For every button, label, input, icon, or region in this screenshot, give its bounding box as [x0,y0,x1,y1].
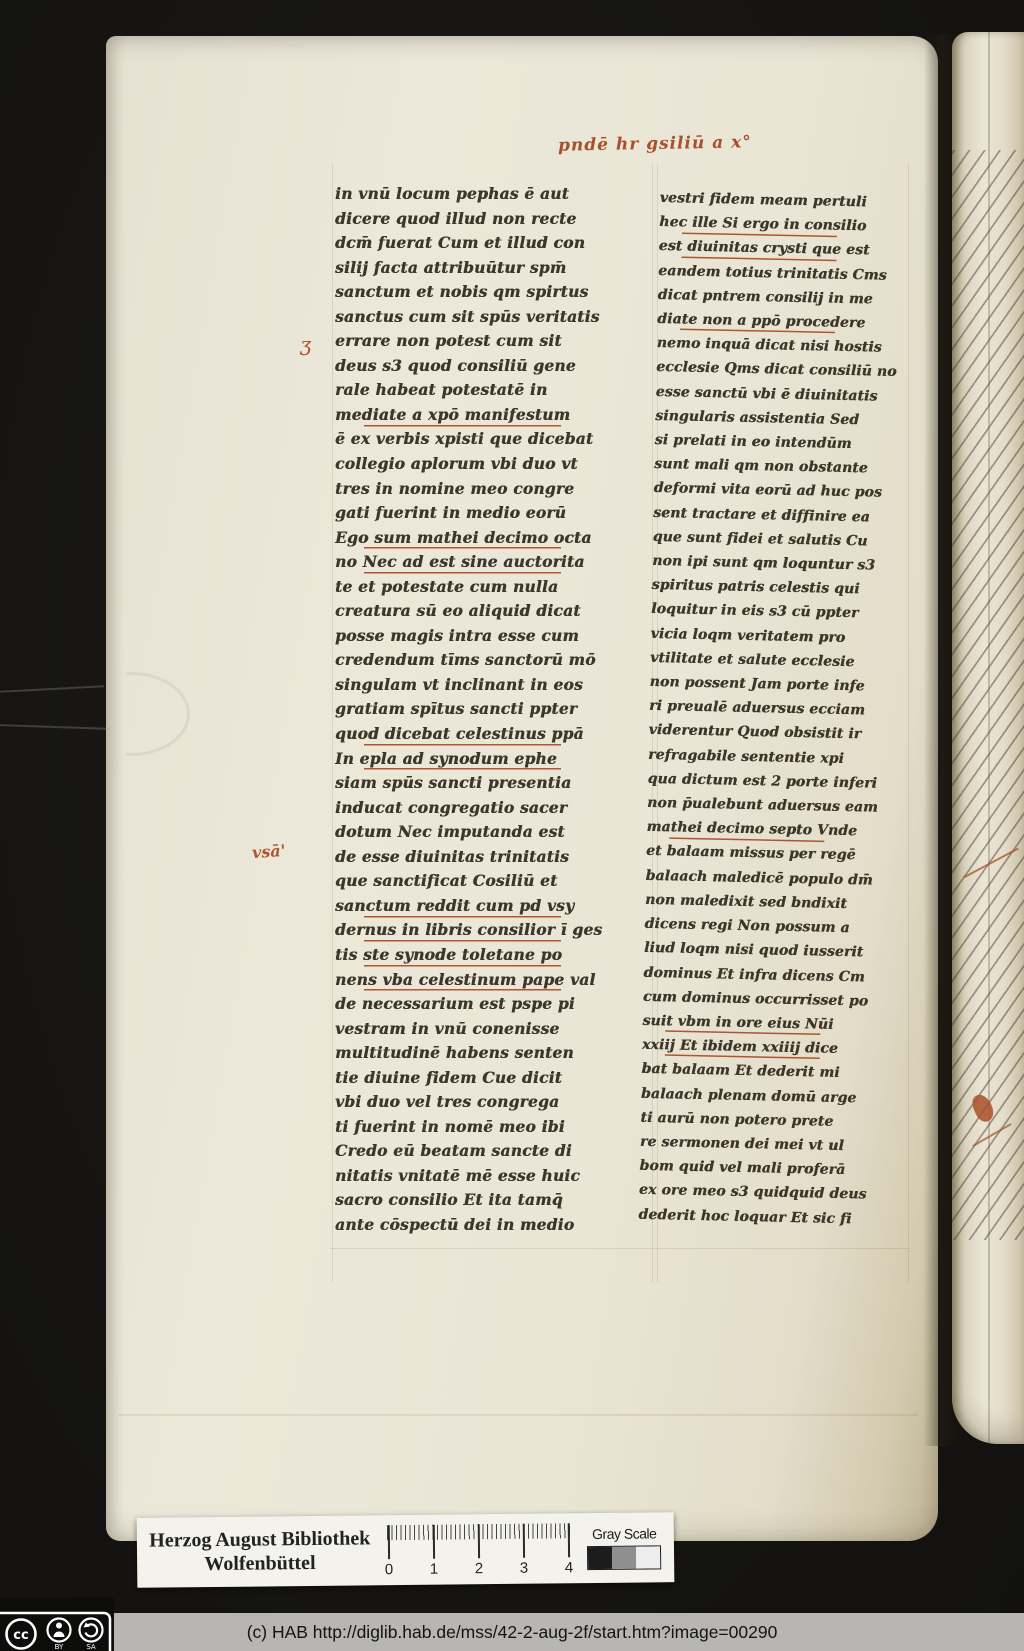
manuscript-line: sacro consilio Et ita tamq̄ [335,1188,653,1213]
photo-stage: pndē hr gsiliū a x° ʒ vsā' in vnū locum … [0,0,1024,1651]
gray-scale-swatch [612,1547,636,1569]
manuscript-line: errare non potest cum sit [335,329,653,354]
manuscript-line: rale habeat potestatē in [335,378,653,403]
ruler-major-tick: 3 [515,1524,532,1577]
parchment-crease [118,1414,918,1416]
label-card: Herzog August Bibliothek Wolfenbüttel 01… [137,1512,675,1588]
text-column-right: vestri fidem meam pertulihec ille Si erg… [638,186,910,1232]
ruler-number: 2 [471,1560,487,1577]
manuscript-line: dernus in libris consilior ī ges [335,918,653,943]
manuscript-line: In epla ad synodum ephe [335,747,653,772]
manuscript-line: nens vba celestinum pape val [335,968,653,993]
ruler-number: 0 [381,1561,397,1578]
manuscript-line: ante cōspectū dei in medio [335,1213,653,1238]
manuscript-line: silij facta attribuūtur spm̄ [335,256,653,281]
manuscript-line: inducat congregatio sacer [335,796,653,821]
gray-scale-swatch [636,1546,660,1568]
manuscript-line: singulam vt inclinant in eos [335,673,653,698]
column-ruling-line [908,164,909,1282]
manuscript-line: gati fuerint in medio eorū [335,501,653,526]
scale-ruler: 01234 [378,1517,581,1581]
gray-scale-swatches [587,1545,661,1570]
column-ruling-line [332,164,333,1282]
gray-scale-target: Gray Scale [583,1525,667,1570]
manuscript-line: Credo eū beatam sancte di [335,1139,653,1164]
manuscript-line: quod dicebat celestinus ppā [335,722,653,747]
manuscript-line: mediate a xpō manifestum [335,403,653,428]
facing-page-crease [988,32,990,1444]
manuscript-line: deus s3 quod consiliū gene [335,354,653,379]
library-name: Herzog August Bibliothek Wolfenbüttel [145,1526,375,1576]
manuscript-line: tie diuine fidem Cue dicit [335,1066,653,1091]
manuscript-line: de necessarium est pspe pi [335,992,653,1017]
manuscript-line: ē ex verbis xpisti que dicebat [335,427,653,452]
page-clip-arm [0,724,110,730]
svg-text:cc: cc [13,1628,28,1643]
manuscript-line: dicere quod illud non recte [335,207,653,232]
ruler-number: 1 [426,1561,442,1578]
rubric-heading: pndē hr gsiliū a x° [558,132,752,155]
manuscript-line: dederit hoc loquar Et sic fi [638,1202,888,1231]
manuscript-line: credendum tīms sanctorū mō [335,648,653,673]
manuscript-line: gratiam spītus sancti ppter [335,697,653,722]
ruler-number: 4 [561,1559,577,1576]
manuscript-line: collegio aplorum vbi duo vt [335,452,653,477]
copyright-text: (c) HAB http://diglib.hab.de/mss/42-2-au… [247,1622,778,1643]
text-column-left: in vnū locum pephas ē autdicere quod ill… [335,182,653,1238]
manuscript-line: sanctus cum sit spūs veritatis [335,305,653,330]
manuscript-line: creatura sū eo aliquid dicat [335,599,653,624]
library-name-line1: Herzog August Bibliothek [145,1526,375,1552]
svg-text:SA: SA [86,1643,96,1651]
cc-license-badge: cc BY SA [0,1600,114,1651]
manuscript-line: tres in nomine meo congre [335,477,653,502]
manuscript-line: Ego sum mathei decimo octa [335,526,653,551]
gray-scale-label: Gray Scale [583,1525,666,1542]
ruler-major-tick: 0 [381,1525,398,1578]
svg-text:BY: BY [55,1643,64,1651]
page-clip [72,672,190,756]
manuscript-line: siam spūs sancti presentia [335,771,653,796]
manuscript-line: in vnū locum pephas ē aut [335,182,653,207]
ruler-major-tick: 2 [471,1524,488,1577]
bottom-ruling-line [330,1248,910,1249]
manuscript-line: multitudinē habens senten [335,1041,653,1066]
ruler-major-tick: 4 [560,1523,577,1576]
margin-side-note: vsā' [251,841,286,862]
manuscript-line: dotum Nec imputanda est [335,820,653,845]
copyright-bar: (c) HAB http://diglib.hab.de/mss/42-2-au… [0,1613,1024,1651]
page-clip-arm [0,685,104,692]
library-name-line2: Wolfenbüttel [145,1550,375,1576]
manuscript-line: sanctum reddit cum pd vsy [335,894,653,919]
manuscript-line: dcm̄ fuerat Cum et illud con [335,231,653,256]
manuscript-line: posse magis intra esse cum [335,624,653,649]
manuscript-page: pndē hr gsiliū a x° ʒ vsā' in vnū locum … [106,36,938,1541]
gray-scale-swatch [588,1547,612,1569]
ruler-number: 3 [516,1560,532,1577]
manuscript-line: vestram in vnū conenisse [335,1017,653,1042]
manuscript-line: no Nec ad est sine auctorita [335,550,653,575]
manuscript-line: vbi duo vel tres congrega [335,1090,653,1115]
manuscript-line: de esse diuinitas trinitatis [335,845,653,870]
facing-page-edge [952,32,1024,1444]
margin-paragraph-mark: ʒ [300,332,311,356]
manuscript-line: tis ste synode toletane po [335,943,653,968]
ruler-major-tick: 1 [426,1525,443,1578]
manuscript-line: ti fuerint in nomē meo ibi [335,1115,653,1140]
manuscript-line: que sanctificat Cosiliū et [335,869,653,894]
manuscript-line: sanctum et nobis qm spirtus [335,280,653,305]
manuscript-line: te et potestate cum nulla [335,575,653,600]
manuscript-line: nitatis vnitatē mē esse huic [335,1164,653,1189]
